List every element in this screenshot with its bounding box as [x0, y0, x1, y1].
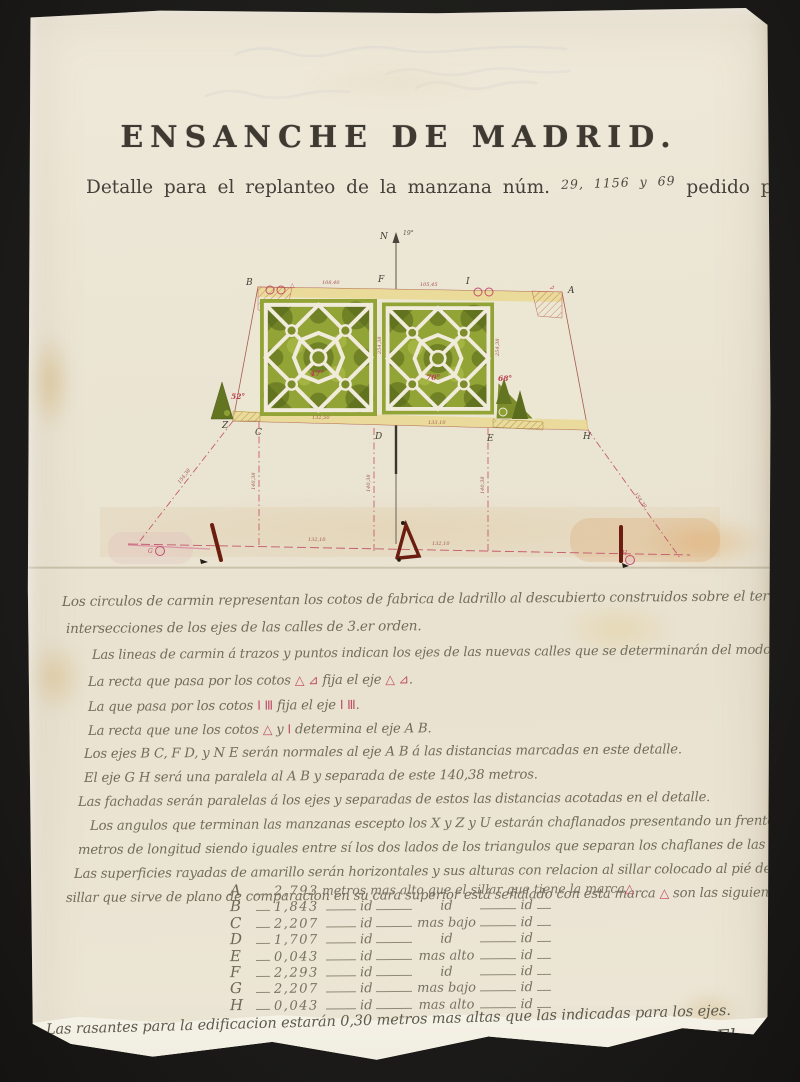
carmine-mark: △ — [659, 885, 669, 900]
ruled-dash — [480, 999, 516, 1008]
angle-right-parterre: 70° — [426, 373, 440, 382]
dim-base-right: 132,10 — [432, 541, 450, 547]
plan-drawing: N 19° △ ⊿ B F I A — [100, 222, 720, 572]
ruled-dash — [256, 951, 270, 960]
dim-bottom-right: 133,10 — [428, 420, 446, 426]
note-line: Las fachadas serán paralelas á los ejes … — [78, 790, 710, 810]
level-value: 0,043 — [274, 998, 322, 1013]
carmine-mark: I Ⅲ — [257, 698, 273, 713]
ruled-dash — [326, 984, 356, 993]
signature: El — [715, 1025, 736, 1048]
note-line: Las superficies rayadas de amarillo será… — [74, 860, 800, 882]
dim-bottom-left: 132,50 — [312, 415, 330, 421]
ruled-dash — [326, 934, 356, 943]
ruled-dash — [326, 902, 356, 911]
carmine-mark: △ ⊿ — [295, 672, 319, 687]
ruled-dash — [537, 917, 551, 926]
level-point: G — [230, 979, 252, 997]
corner-planting-left — [211, 382, 233, 419]
subtitle-printed-prefix: Detalle para el replanteo de la manzana … — [86, 177, 550, 198]
level-idem: id — [360, 998, 373, 1013]
triangle-mark: △ — [290, 282, 295, 289]
note-text: . — [409, 672, 413, 687]
ruled-dash — [376, 1000, 412, 1009]
dim-axis-e: 140,38 — [480, 477, 486, 495]
plan-label-i: I — [465, 277, 470, 287]
note-line: Los circulos de carmin representan los c… — [62, 587, 800, 610]
north-arrow-icon — [393, 232, 400, 243]
ruled-dash — [376, 918, 412, 927]
scan-background: { "document": { "background_color": "#1b… — [0, 0, 800, 1082]
ruled-dash — [537, 999, 551, 1008]
note-text: La recta que pasa por los cotos — [88, 673, 295, 690]
note-line: La recta que une los cotos △ y I determi… — [88, 720, 432, 739]
ruled-dash — [537, 982, 551, 991]
orange-stain — [570, 518, 720, 562]
flag-mark: ⊿ — [549, 284, 555, 291]
hatched-strip — [233, 411, 260, 421]
note-text: y — [272, 722, 287, 737]
note-text: Las lineas de carmin á trazos y puntos i… — [92, 642, 800, 663]
ruled-dash — [256, 984, 270, 993]
note-text: Las fachadas serán paralelas á los ejes … — [78, 790, 710, 810]
note-text: Los ejes B C, F D, y N E serán normales … — [84, 742, 682, 762]
note-text: Los angulos que terminan las manzanas es… — [90, 813, 800, 834]
subtitle: Detalle para el replanteo de la manzana … — [86, 174, 776, 198]
dim-top-left: 108,40 — [322, 280, 340, 286]
level-idem: id — [360, 932, 373, 947]
dim-base-left: 132,10 — [308, 537, 326, 543]
note-text: El eje G H será una paralela al A B y se… — [84, 767, 538, 786]
subtitle-printed-middle: pedido por — [686, 177, 792, 198]
carmine-mark: △ — [263, 722, 273, 737]
parterre-left — [260, 299, 377, 416]
ruled-dash — [376, 950, 412, 959]
note-line: metros de longitud siendo iguales entre … — [78, 837, 800, 858]
ruled-dash — [256, 968, 270, 977]
ruled-dash — [376, 983, 412, 992]
level-point: H — [230, 996, 252, 1014]
ruled-dash — [256, 886, 270, 895]
stain — [28, 330, 72, 434]
level-point: D — [230, 930, 252, 948]
note-text: determina el eje A B. — [291, 721, 432, 737]
note-text: Las superficies rayadas de amarillo será… — [74, 861, 800, 882]
bleed-through-writing — [176, 32, 656, 112]
ruled-dash — [326, 967, 356, 976]
note-text: . — [356, 698, 360, 713]
plan-label-h: H — [582, 432, 591, 442]
note-text: La recta que une los cotos — [88, 723, 263, 739]
angle-bottom-left: 52° — [231, 392, 245, 401]
dim-edge-left: 254,38 — [377, 337, 383, 356]
level-idem: id — [520, 931, 533, 946]
ruled-dash — [256, 902, 270, 911]
note-line: Las lineas de carmin á trazos y puntos i… — [92, 642, 800, 663]
ruled-dash — [537, 933, 551, 942]
ruled-dash — [376, 967, 412, 976]
note-line: Los angulos que terminan las manzanas es… — [90, 813, 800, 834]
ruled-dash — [326, 918, 356, 927]
note-line: La recta que pasa por los cotos △ ⊿ fija… — [88, 671, 413, 690]
plan-label-c: C — [255, 428, 262, 438]
note-text: La que pasa por los cotos — [88, 699, 257, 715]
ruled-dash — [480, 966, 516, 975]
note-text: fija el eje — [318, 673, 385, 689]
note-text: son las siguientes. — [669, 885, 792, 901]
ruled-dash — [256, 935, 270, 944]
plan-label-a: A — [567, 286, 575, 296]
note-line: El eje G H será una paralela al A B y se… — [84, 767, 538, 786]
stain — [26, 640, 84, 714]
carmine-mark: △ ⊿ — [385, 671, 409, 686]
ruled-dash — [376, 934, 412, 943]
level-point: B — [230, 897, 252, 915]
note-text: metros de longitud siendo iguales entre … — [78, 837, 800, 858]
manzana-numbers: 29, 1156 y 69 — [561, 173, 676, 192]
ruled-dash — [480, 933, 516, 942]
ruled-dash — [537, 900, 551, 909]
ruled-dash — [256, 1001, 270, 1010]
ruled-dash — [480, 982, 516, 991]
parterre-right — [382, 303, 494, 415]
carmine-mark: △ — [625, 882, 635, 896]
ruled-dash — [326, 1000, 356, 1009]
ruled-dash — [256, 919, 270, 928]
note-line: La que pasa por los cotos I Ⅲ fija el ej… — [88, 697, 360, 715]
plan-label-b: B — [245, 278, 253, 288]
north-label: N — [379, 232, 389, 242]
note-text: Los circulos de carmin representan los c… — [62, 587, 800, 610]
plan-label-z: Z — [221, 421, 229, 431]
dim-slant-left: 154,38 — [177, 468, 192, 486]
ruled-dash — [480, 950, 516, 959]
plan-label-f: F — [377, 275, 385, 285]
ruled-dash — [537, 949, 551, 958]
dim-top-right: 105,45 — [420, 282, 438, 288]
angle-left-parterre: 47° — [310, 369, 324, 378]
note-text: intersecciones de los ejes de las calles… — [66, 618, 422, 637]
ruled-dash — [480, 917, 516, 926]
ruled-dash — [326, 951, 356, 960]
manzana-block — [211, 287, 588, 430]
plan-label-d: D — [374, 432, 382, 442]
page-title: ENSANCHE DE MADRID. — [26, 120, 772, 155]
note-text: fija el eje — [273, 698, 340, 714]
note-line: Los ejes B C, F D, y N E serán normales … — [84, 742, 682, 762]
plan-label-g: G — [148, 548, 153, 555]
dim-axis-c: 140,38 — [251, 473, 257, 491]
plan-label-e: E — [486, 434, 494, 444]
note-line: intersecciones de los ejes de las calles… — [66, 618, 422, 637]
carmine-mark: I Ⅲ — [340, 697, 356, 712]
dim-edge-right: 254,38 — [495, 339, 501, 358]
dim-axis-d: 140,38 — [366, 475, 372, 493]
angle-right-chamfer: 68° — [498, 374, 512, 383]
ruled-dash — [376, 901, 412, 910]
ruled-dash — [480, 900, 516, 909]
north-angle: 19° — [403, 230, 414, 237]
ruled-dash — [537, 966, 551, 975]
